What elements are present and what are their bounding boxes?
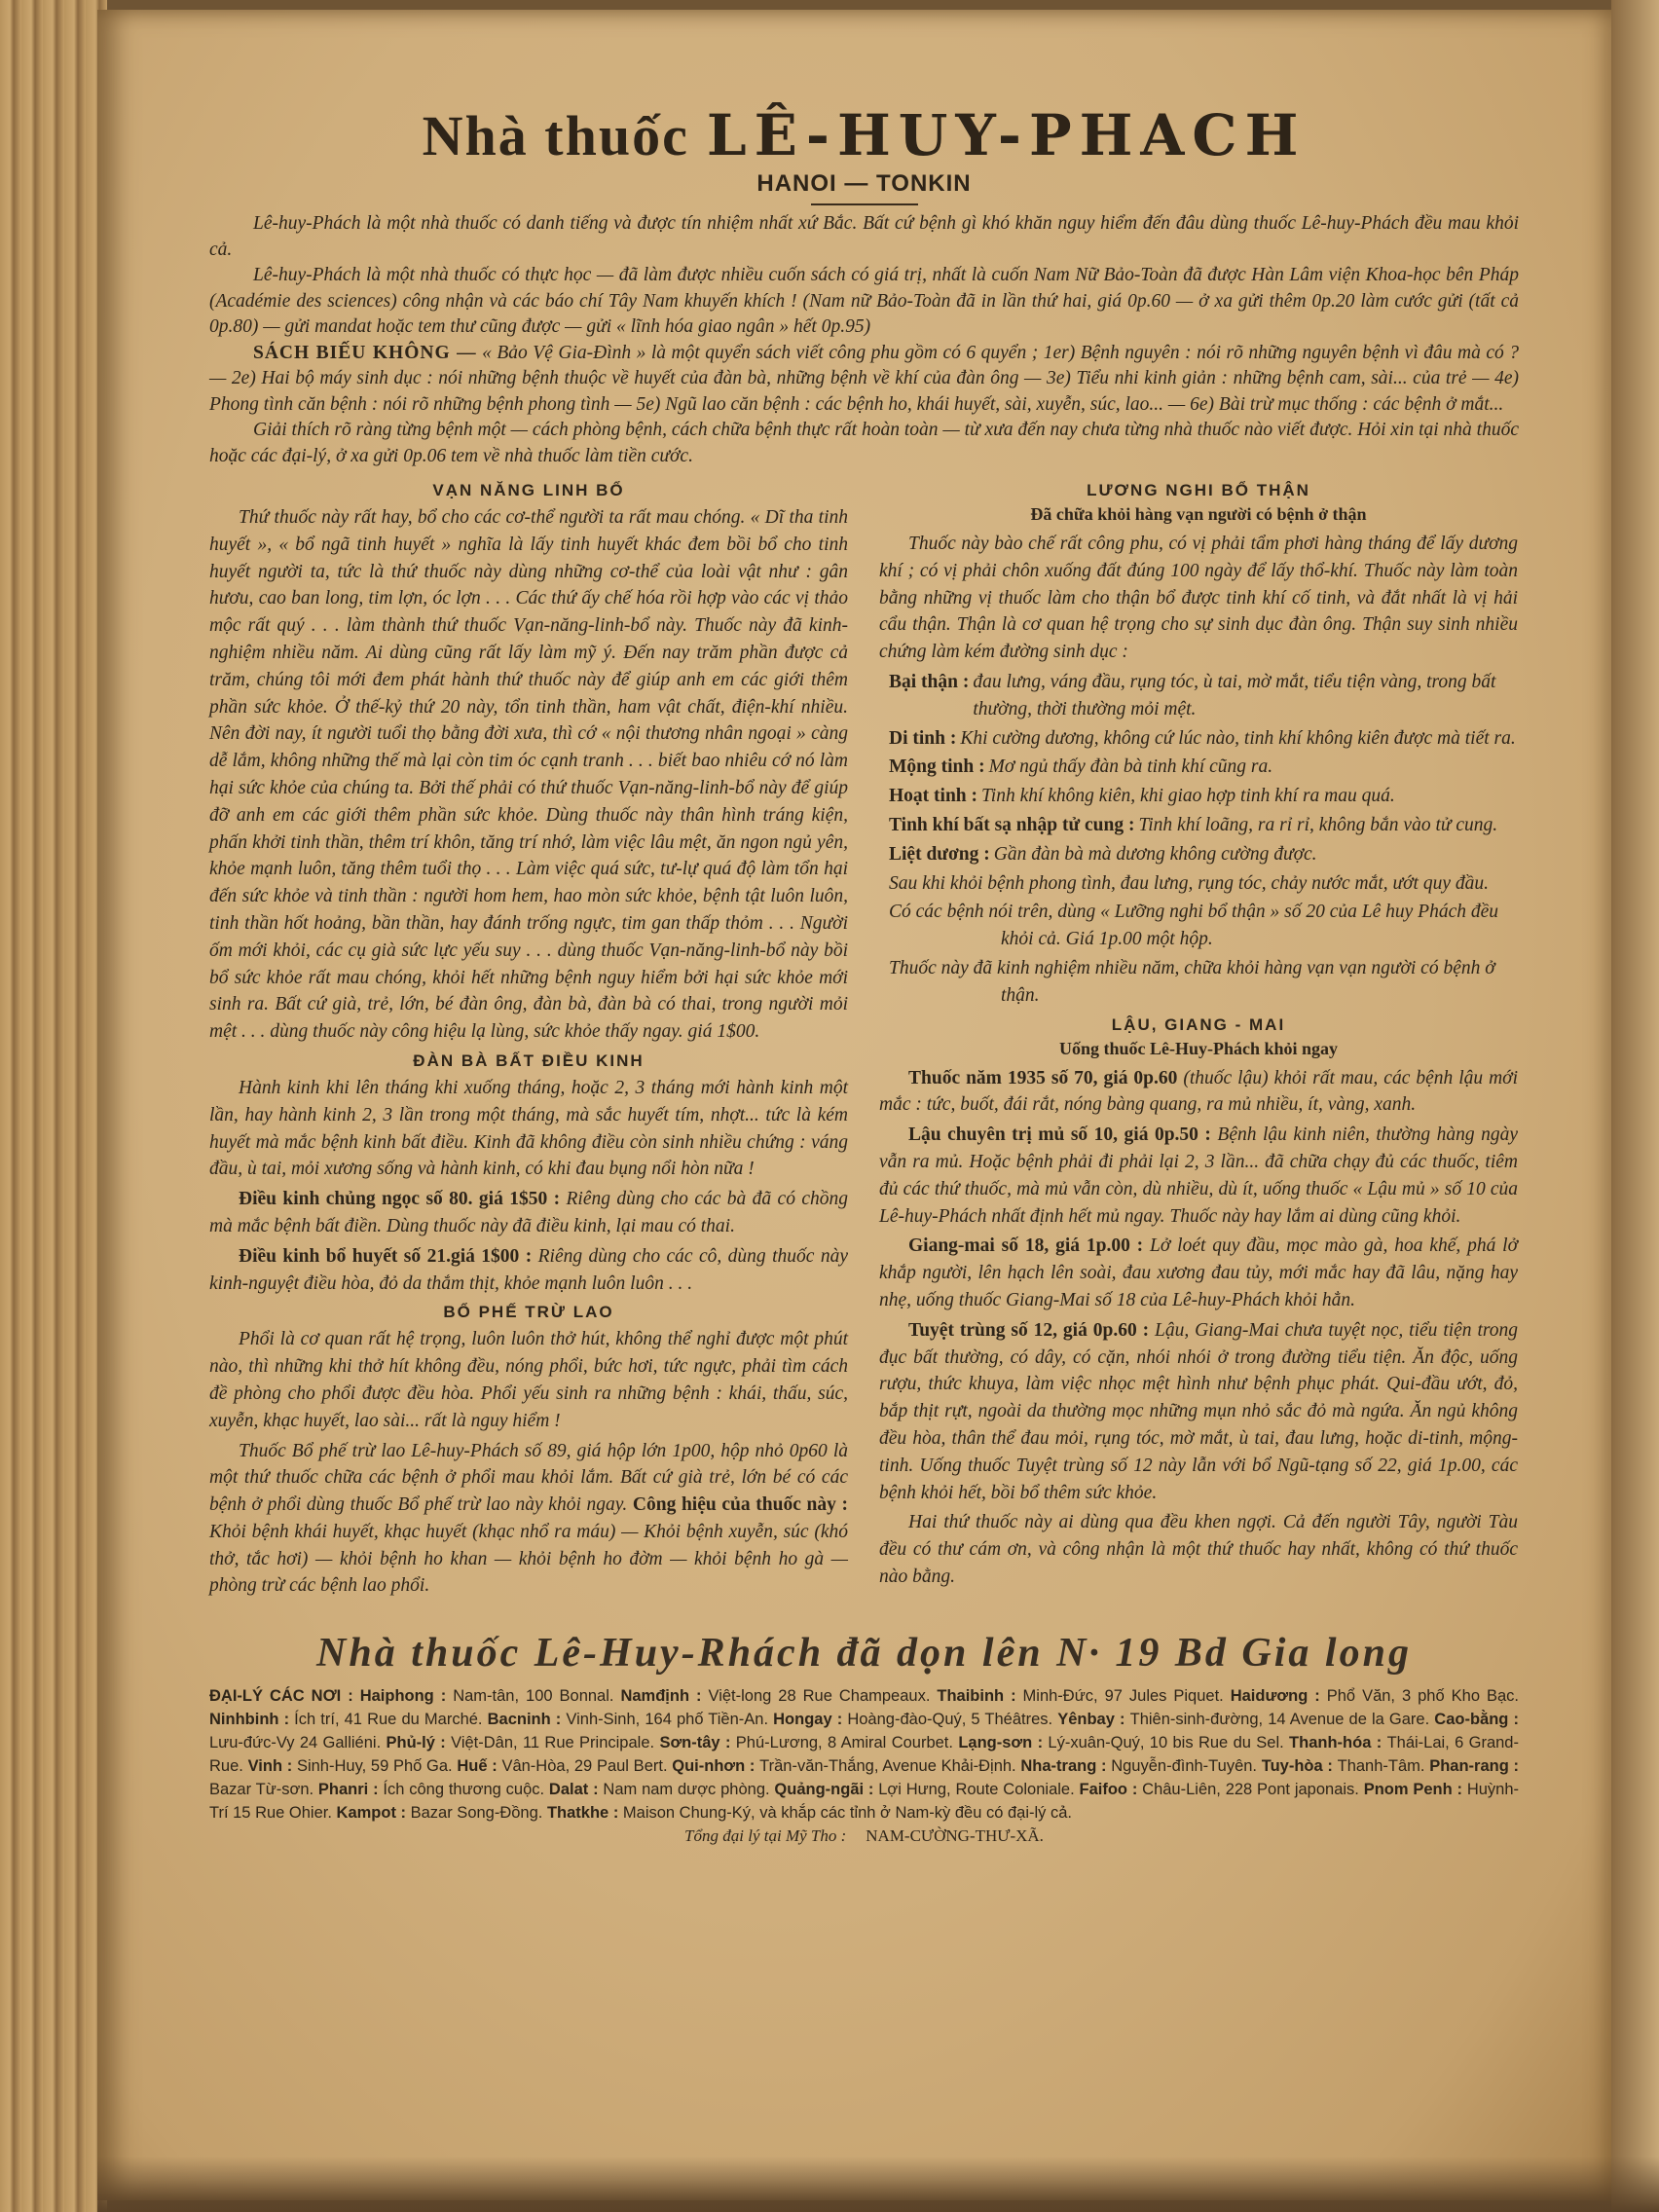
agent-entry: Tuy-hòa : Thanh-Tâm. bbox=[1262, 1757, 1429, 1775]
agents-label: ĐẠI-LÝ CÁC NƠI : bbox=[209, 1687, 353, 1705]
agent-entry: Hongay : Hoàng-đào-Quý, 5 Théâtres. bbox=[773, 1711, 1057, 1728]
product-paragraph: Điều kinh bổ huyết số 21.giá 1$00 : Riên… bbox=[209, 1243, 848, 1298]
agent-city: Thanh-hóa : bbox=[1289, 1734, 1387, 1751]
agent-entry: Thaibinh : Minh-Đức, 97 Jules Piquet. bbox=[937, 1687, 1230, 1705]
agent-info: Vinh-Sinh, 164 phố Tiền-An. bbox=[566, 1711, 773, 1728]
agent-city: Thaibinh : bbox=[937, 1687, 1022, 1705]
section-subheading: Đã chữa khỏi hàng vạn người có bệnh ở th… bbox=[879, 504, 1518, 525]
agent-entry: Haidương : Phổ Văn, 3 phố Kho Bạc. bbox=[1231, 1687, 1519, 1705]
definition-term: Mộng tinh : bbox=[879, 754, 985, 781]
agent-info: Vân-Hòa, 29 Paul Bert. bbox=[501, 1757, 672, 1775]
agent-city: Kampot : bbox=[337, 1804, 411, 1822]
agent-city: Hongay : bbox=[773, 1711, 847, 1728]
product-desc: Lậu, Giang-Mai chưa tuyệt nọc, tiểu tiện… bbox=[879, 1320, 1518, 1503]
title-rule bbox=[811, 203, 918, 205]
agent-entry: Namđịnh : Việt-long 28 Rue Champeaux. bbox=[620, 1687, 937, 1705]
agent-info: Phú-Lương, 8 Amiral Courbet. bbox=[736, 1734, 959, 1751]
agent-city: Tuy-hòa : bbox=[1262, 1757, 1338, 1775]
definition-term: Bại thận : bbox=[879, 669, 969, 723]
section-paragraph: Phổi là cơ quan rất hệ trọng, luôn luôn … bbox=[209, 1326, 848, 1434]
agent-entry: Lạng-sơn : Lý-xuân-Quý, 10 bis Rue du Se… bbox=[958, 1734, 1289, 1751]
agent-entry: Nha-trang : Nguyễn-đình-Tuyên. bbox=[1020, 1757, 1261, 1775]
definition-term: Liệt dương : bbox=[879, 841, 990, 868]
agent-info: Thanh-Tâm. bbox=[1338, 1757, 1430, 1775]
right-column: LƯƠNG NGHI BỔ THẬN Đã chữa khỏi hàng vạn… bbox=[879, 475, 1518, 1603]
agent-entry: Phủ-lý : Việt-Dân, 11 Rue Principale. bbox=[387, 1734, 660, 1751]
two-columns: VẠN NĂNG LINH BỔ Thứ thuốc này rất hay, … bbox=[209, 475, 1519, 1603]
section-heading: BỔ PHẾ TRỪ LAO bbox=[209, 1303, 848, 1322]
definition-item: Hoạt tinh :Tinh khí không kiên, khi giao… bbox=[879, 783, 1518, 810]
agent-info: Việt-long 28 Rue Champeaux. bbox=[709, 1687, 938, 1705]
agent-city: Qui-nhơn : bbox=[672, 1757, 759, 1775]
agent-entry: Kampot : Bazar Song-Đồng. bbox=[337, 1804, 547, 1822]
agents-list: ĐẠI-LÝ CÁC NƠI : Haiphong : Nam-tân, 100… bbox=[209, 1684, 1519, 1825]
agent-entry: Qui-nhơn : Trần-văn-Thắng, Avenue Khải-Đ… bbox=[672, 1757, 1020, 1775]
hanging-paragraph: Thuốc này đã kinh nghiệm nhiều năm, chữa… bbox=[879, 955, 1518, 1010]
agent-city: Nha-trang : bbox=[1020, 1757, 1111, 1775]
definition-item: Liệt dương :Gần đàn bà mà dương không cư… bbox=[879, 841, 1518, 868]
agent-info: Lưu-đức-Vy 24 Galliéni. bbox=[209, 1734, 387, 1751]
hanging-paragraph: Sau khi khỏi bệnh phong tình, đau lưng, … bbox=[879, 870, 1518, 898]
agent-info: Châu-Liên, 228 Pont japonais. bbox=[1142, 1781, 1364, 1798]
agent-city: Phan-rang : bbox=[1429, 1757, 1519, 1775]
agent-info: Hoàng-đào-Quý, 5 Théâtres. bbox=[847, 1711, 1057, 1728]
definition-term: Tinh khí bất sạ nhập tử cung : bbox=[879, 812, 1135, 839]
definition-desc: Mơ ngủ thấy đàn bà tinh khí cũng ra. bbox=[985, 754, 1273, 781]
intro-paragraph: SÁCH BIẾU KHÔNG — « Bảo Vệ Gia-Đình » là… bbox=[209, 341, 1519, 419]
agent-info: Ích trí, 41 Rue du Marché. bbox=[294, 1711, 487, 1728]
agent-entry: Phanri : Ích công thương cuộc. bbox=[318, 1781, 549, 1798]
intro-paragraph: Giải thích rõ ràng từng bệnh một — cách … bbox=[209, 418, 1519, 469]
general-agent-label: Tổng đại lý tại Mỹ Tho : bbox=[684, 1826, 846, 1845]
agent-info: Lợi Hưng, Route Coloniale. bbox=[878, 1781, 1079, 1798]
left-column: VẠN NĂNG LINH BỔ Thứ thuốc này rất hay, … bbox=[209, 475, 848, 1603]
definition-item: Di tinh :Khi cường dương, không cứ lúc n… bbox=[879, 725, 1518, 753]
definition-term: Hoạt tinh : bbox=[879, 783, 977, 810]
product-paragraph: Lậu chuyên trị mủ số 10, giá 0p.50 : Bện… bbox=[879, 1122, 1518, 1230]
agent-info: Lý-xuân-Quý, 10 bis Rue du Sel. bbox=[1048, 1734, 1289, 1751]
title-prefix: Nhà thuốc bbox=[423, 104, 689, 167]
title-brand: LÊ-HUY-PHACH bbox=[707, 102, 1307, 168]
agent-city: Dalat : bbox=[549, 1781, 604, 1798]
product-name: Tuyệt trùng số 12, giá 0p.60 : bbox=[908, 1320, 1149, 1341]
agent-entry: Bacninh : Vinh-Sinh, 164 phố Tiền-An. bbox=[488, 1711, 774, 1728]
agent-info: Việt-Dân, 11 Rue Principale. bbox=[451, 1734, 659, 1751]
agent-entry: Thatkhe : Maison Chung-Ký, và khắp các t… bbox=[547, 1804, 1072, 1822]
product-name: Điều kinh bổ huyết số 21.giá 1$00 : bbox=[239, 1246, 532, 1267]
agent-info: Bazar Song-Đồng. bbox=[411, 1804, 547, 1822]
definition-item: Mộng tinh :Mơ ngủ thấy đàn bà tinh khí c… bbox=[879, 754, 1518, 781]
agent-info: Nguyễn-đình-Tuyên. bbox=[1111, 1757, 1262, 1775]
agent-entry: Yênbay : Thiên-sinh-đường, 14 Avenue de … bbox=[1057, 1711, 1434, 1728]
agent-city: Namđịnh : bbox=[620, 1687, 708, 1705]
agent-city: Haiphong : bbox=[360, 1687, 454, 1705]
section-subheading: Uống thuốc Lê-Huy-Phách khỏi ngay bbox=[879, 1039, 1518, 1059]
effects-desc: Khỏi bệnh khái huyết, khạc huyết (khạc n… bbox=[209, 1522, 848, 1597]
agent-entry: Dalat : Nam nam dược phòng. bbox=[549, 1781, 775, 1798]
free-book-label: SÁCH BIẾU KHÔNG — bbox=[253, 343, 477, 363]
definition-desc: Tinh khí không kiên, khi giao hợp tinh k… bbox=[977, 783, 1395, 810]
intro-section: Lê-huy-Phách là một nhà thuốc có danh ti… bbox=[209, 211, 1519, 469]
section-heading: ĐÀN BÀ BẤT ĐIỀU KINH bbox=[209, 1051, 848, 1071]
agent-info: Ích công thương cuộc. bbox=[383, 1781, 549, 1798]
definition-item: Bại thận :đau lưng, váng đầu, rụng tóc, … bbox=[879, 669, 1518, 723]
agent-info: Nam-tân, 100 Bonnal. bbox=[453, 1687, 620, 1705]
product-name: Lậu chuyên trị mủ số 10, giá 0p.50 : bbox=[908, 1124, 1211, 1145]
general-agent-name: NAM-CƯỜNG-THƯ-XÃ. bbox=[866, 1826, 1044, 1845]
agent-city: Faifoo : bbox=[1080, 1781, 1143, 1798]
product-name: Thuốc năm 1935 số 70, giá 0p.60 bbox=[908, 1068, 1177, 1088]
agent-city: Lạng-sơn : bbox=[958, 1734, 1048, 1751]
agent-info: Trần-văn-Thắng, Avenue Khải-Định. bbox=[759, 1757, 1020, 1775]
agent-info: Sinh-Huy, 59 Phố Ga. bbox=[297, 1757, 457, 1775]
agent-city: Phủ-lý : bbox=[387, 1734, 452, 1751]
agent-city: Vinh : bbox=[248, 1757, 297, 1775]
product-name: Giang-mai số 18, giá 1p.00 : bbox=[908, 1235, 1143, 1256]
page-subtitle: HANOI — TONKIN bbox=[209, 170, 1519, 198]
advertisement: Nhà thuốcLÊ-HUY-PHACH HANOI — TONKIN Lê-… bbox=[209, 92, 1519, 1846]
product-paragraph: Tuyệt trùng số 12, giá 0p.60 : Lậu, Gian… bbox=[879, 1317, 1518, 1507]
agent-city: Bacninh : bbox=[488, 1711, 567, 1728]
intro-paragraph: Lê-huy-Phách là một nhà thuốc có thực họ… bbox=[209, 263, 1519, 341]
agent-info: Minh-Đức, 97 Jules Piquet. bbox=[1023, 1687, 1231, 1705]
agent-entry: Ninhbinh : Ích trí, 41 Rue du Marché. bbox=[209, 1711, 488, 1728]
agent-info: Maison Chung-Ký, và khắp các tỉnh ở Nam-… bbox=[623, 1804, 1072, 1822]
section-paragraph: Hai thứ thuốc này ai dùng qua đều khen n… bbox=[879, 1509, 1518, 1590]
agent-city: Thatkhe : bbox=[547, 1804, 623, 1822]
product-paragraph: Giang-mai số 18, giá 1p.00 : Lở loét quy… bbox=[879, 1233, 1518, 1313]
definition-term: Di tinh : bbox=[879, 725, 956, 753]
agent-city: Pnom Penh : bbox=[1364, 1781, 1467, 1798]
product-paragraph: Điều kinh chủng ngọc số 80. giá 1$50 : R… bbox=[209, 1186, 848, 1240]
agent-city: Cao-bằng : bbox=[1434, 1711, 1519, 1728]
agent-entry: Haiphong : Nam-tân, 100 Bonnal. bbox=[360, 1687, 621, 1705]
agent-entry: Sơn-tây : Phú-Lương, 8 Amiral Courbet. bbox=[659, 1734, 958, 1751]
intro-paragraph: Lê-huy-Phách là một nhà thuốc có danh ti… bbox=[209, 211, 1519, 263]
definition-desc: Tinh khí loãng, ra rỉ rỉ, không bắn vào … bbox=[1135, 812, 1498, 839]
section-paragraph: Thuốc này bào chế rất công phu, có vị ph… bbox=[879, 531, 1518, 666]
agent-info: Phổ Văn, 3 phố Kho Bạc. bbox=[1327, 1687, 1519, 1705]
section-heading: LƯƠNG NGHI BỔ THẬN bbox=[879, 481, 1518, 500]
agent-city: Quảng-ngãi : bbox=[774, 1781, 878, 1798]
effects-label: Công hiệu của thuốc này : bbox=[633, 1494, 848, 1515]
agent-entry: Quảng-ngãi : Lợi Hưng, Route Coloniale. bbox=[774, 1781, 1079, 1798]
product-name: Điều kinh chủng ngọc số 80. giá 1$50 : bbox=[239, 1189, 560, 1209]
general-agent: Tổng đại lý tại Mỹ Tho :NAM-CƯỜNG-THƯ-XÃ… bbox=[209, 1826, 1519, 1846]
definition-list: Bại thận :đau lưng, váng đầu, rụng tóc, … bbox=[879, 669, 1518, 868]
section-heading: VẠN NĂNG LINH BỔ bbox=[209, 481, 848, 500]
agent-city: Ninhbinh : bbox=[209, 1711, 294, 1728]
agent-entry: Huế : Vân-Hòa, 29 Paul Bert. bbox=[457, 1757, 672, 1775]
hanging-paragraph: Có các bệnh nói trên, dùng « Lưỡng nghi … bbox=[879, 899, 1518, 953]
agent-info: Thiên-sinh-đường, 14 Avenue de la Gare. bbox=[1130, 1711, 1435, 1728]
agent-info: Nam nam dược phòng. bbox=[603, 1781, 774, 1798]
adjacent-page-edge bbox=[1611, 0, 1659, 2212]
product-paragraph: Thuốc năm 1935 số 70, giá 0p.60 (thuốc l… bbox=[879, 1065, 1518, 1120]
product-paragraph: Thuốc Bổ phế trừ lao Lê-huy-Phách số 89,… bbox=[209, 1438, 848, 1601]
agent-city: Sơn-tây : bbox=[659, 1734, 735, 1751]
section-paragraph: Hành kinh khi lên tháng khi xuống tháng,… bbox=[209, 1075, 848, 1183]
page-bottom-shadow bbox=[97, 2157, 1659, 2212]
agent-city: Phanri : bbox=[318, 1781, 384, 1798]
definition-desc: đau lưng, váng đầu, rụng tóc, ù tai, mờ … bbox=[969, 669, 1518, 723]
definition-desc: Khi cường dương, không cứ lúc nào, tinh … bbox=[956, 725, 1515, 753]
agent-entry: Vinh : Sinh-Huy, 59 Phố Ga. bbox=[248, 1757, 458, 1775]
agent-city: Haidương : bbox=[1231, 1687, 1327, 1705]
moved-notice: Nhà thuốc Lê-Huy-Rhách đã dọn lên N· 19 … bbox=[209, 1630, 1519, 1677]
page-stack-edges bbox=[0, 0, 107, 2212]
definition-item: Tinh khí bất sạ nhập tử cung :Tinh khí l… bbox=[879, 812, 1518, 839]
page-title: Nhà thuốcLÊ-HUY-PHACH bbox=[209, 102, 1519, 168]
agent-city: Yênbay : bbox=[1057, 1711, 1129, 1728]
section-paragraph: Thứ thuốc này rất hay, bổ cho các cơ-thể… bbox=[209, 504, 848, 1046]
agent-city: Huế : bbox=[457, 1757, 501, 1775]
agent-info: Bazar Từ-sơn. bbox=[209, 1781, 318, 1798]
agent-entry: Faifoo : Châu-Liên, 228 Pont japonais. bbox=[1080, 1781, 1364, 1798]
definition-desc: Gần đàn bà mà dương không cường được. bbox=[990, 841, 1317, 868]
section-heading: LẬU, GIANG - MAI bbox=[879, 1015, 1518, 1035]
agents-entries: Haiphong : Nam-tân, 100 Bonnal. Namđịnh … bbox=[209, 1687, 1519, 1822]
